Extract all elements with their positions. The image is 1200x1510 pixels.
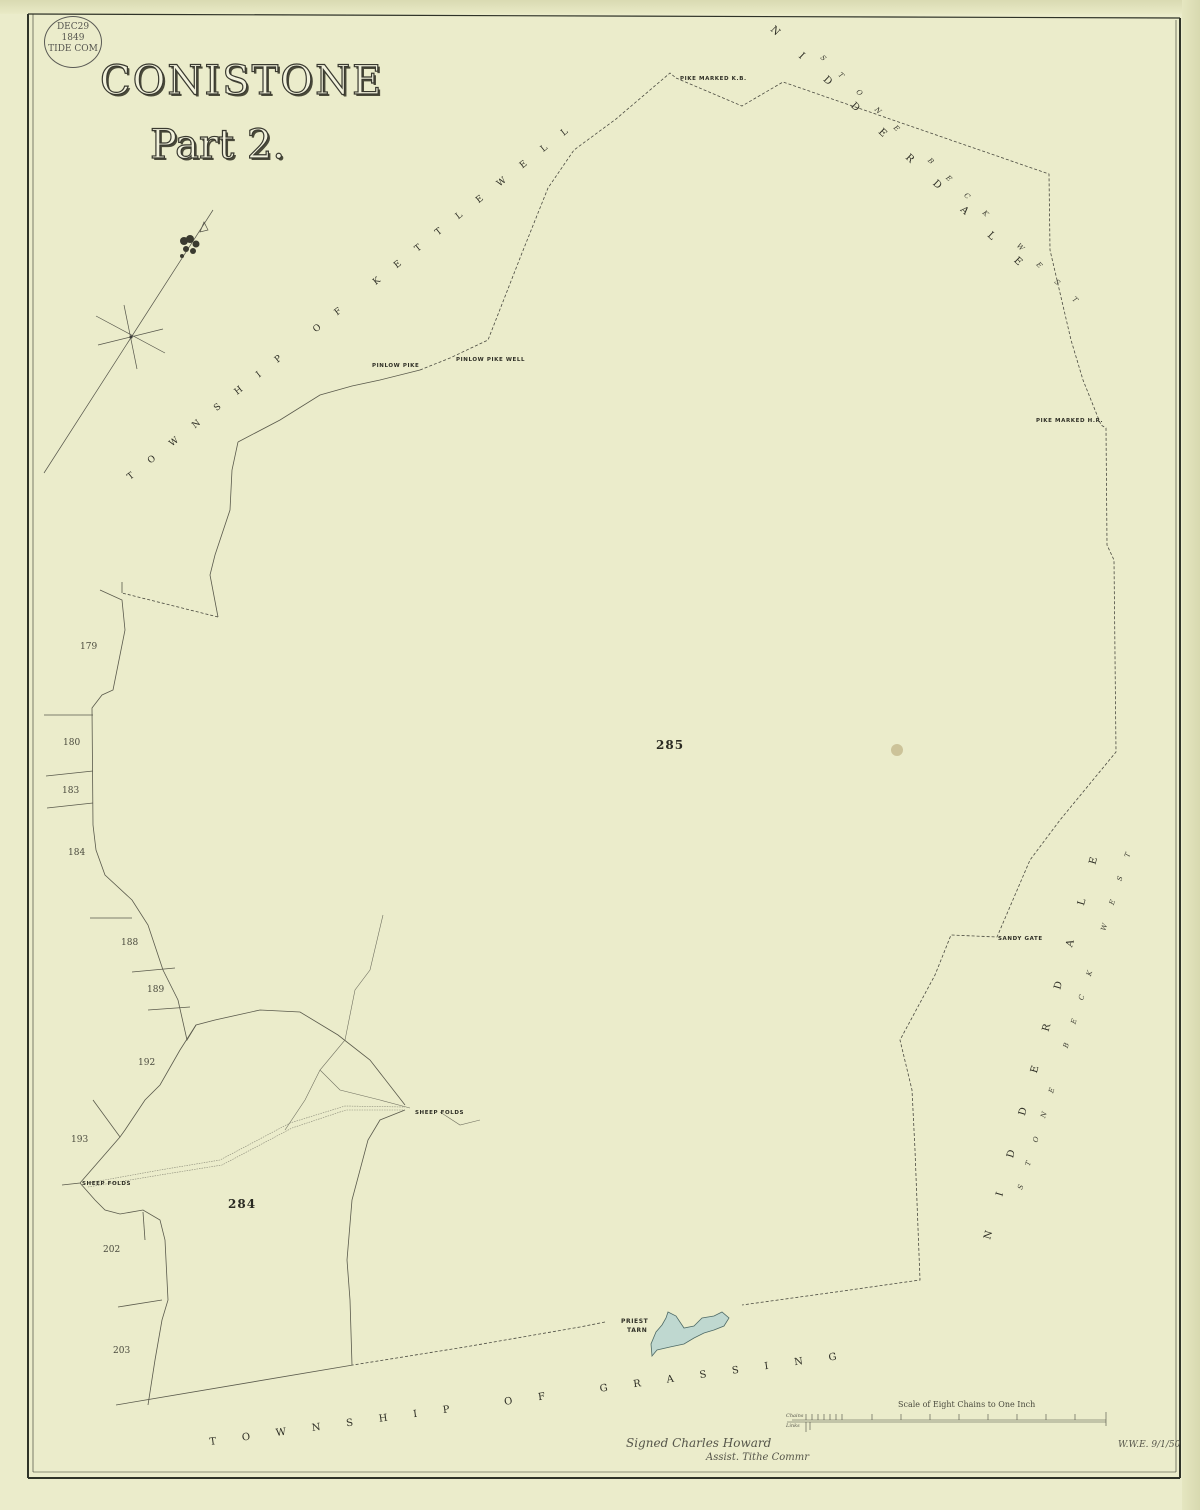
signature-line1: Signed Charles Howard bbox=[626, 1436, 771, 1450]
boundary-labels: TOWNSHIP OF KETTLEWELL NIDDERDALE STONE … bbox=[0, 0, 1200, 1510]
scale-title: Scale of Eight Chains to One Inch bbox=[898, 1400, 1035, 1409]
label-stone-beck-top: STONE BECK WEST bbox=[819, 54, 1094, 318]
scale-chains-label: Chains bbox=[786, 1413, 803, 1419]
label-nidderdale-right: NIDDERDALE bbox=[982, 821, 1110, 1241]
map-sheet: DEC29 1849 TIDE COM CONISTONE Part 2. 28… bbox=[0, 0, 1200, 1510]
scale-links-label: Links bbox=[786, 1423, 800, 1429]
label-township-kettlewell: TOWNSHIP OF KETTLEWELL bbox=[126, 114, 586, 482]
initials: W.W.E. 9/1/50 bbox=[1118, 1440, 1180, 1450]
label-nidderdale-top: NIDDERDALE bbox=[768, 24, 1046, 289]
label-stone-beck-right: STONE BECK WEST bbox=[1016, 833, 1138, 1191]
signature-line2: Assist. Tithe Commr bbox=[706, 1452, 809, 1463]
label-township-grassington: TOWNSHIP OF GRASSINGTON bbox=[0, 0, 863, 1448]
